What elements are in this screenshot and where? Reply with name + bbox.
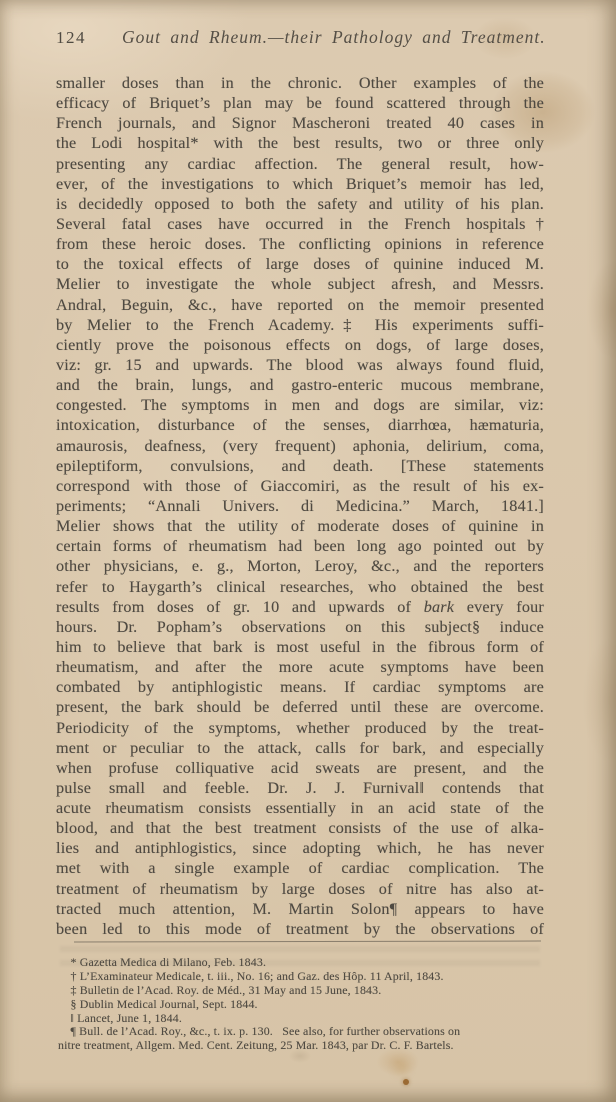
footnote-divider [74, 941, 541, 943]
body-text-line: certain forms of rheumatism had been lon… [56, 536, 544, 556]
body-text-line: rheumatism, and after the more acute sym… [56, 657, 544, 677]
footnote-line: ‡ Bulletin de l’Acad. Roy. de Méd., 31 M… [58, 984, 558, 998]
body-text-line: refer to Haygarth’s clinical researches,… [56, 577, 544, 597]
body-text-line: when profuse colliquative acid sweats ar… [56, 758, 544, 778]
footnote-line: * Gazetta Medica di Milano, Feb. 1843. [58, 956, 558, 970]
body-text-line: results from doses of gr. 10 and upwards… [56, 597, 544, 617]
body-text-line: tracted much attention, M. Martin Solon¶… [56, 899, 544, 919]
body-text-line: Melier to investigate the whole subject … [56, 274, 544, 294]
body-text-line: Andral, Beguin, &c., have reported on th… [56, 295, 544, 315]
footnote-line: nitre treatment, Allgem. Med. Cent. Zeit… [58, 1039, 558, 1053]
body-text-line: Several fatal cases have occurred in the… [56, 214, 544, 234]
body-text-line: periments; “Annali Univers. di Medicina.… [56, 496, 544, 516]
body-text-line: congested. The symptoms in men and dogs … [56, 395, 544, 415]
footnote-line: † L’Examinateur Medicale, t. iii., No. 1… [58, 970, 558, 984]
body-text-line: pulse small and feeble. Dr. J. J. Furniv… [56, 778, 544, 798]
body-text-line: intoxication, disturbance of the senses,… [56, 415, 544, 435]
body-text-line: is decidedly opposed to both the safety … [56, 194, 544, 214]
body-text-line: ment or peculiar to the attack, calls fo… [56, 738, 544, 758]
body-text-line: and the brain, lungs, and gastro-enteric… [56, 375, 544, 395]
body-text-line: amaurosis, deafness, (very frequent) aph… [56, 436, 544, 456]
body-text-line: viz: gr. 15 and upwards. The blood was a… [56, 355, 544, 375]
body-text-line: from these heroic doses. The conflicting… [56, 234, 544, 254]
body-text-line: ciently prove the poisonous effects on d… [56, 335, 544, 355]
body-text-line: epileptiform, convulsions, and death. [T… [56, 456, 544, 476]
body-text-line: the Lodi hospital* with the best results… [56, 133, 544, 153]
body-text-line: other physicians, e. g., Morton, Leroy, … [56, 556, 544, 576]
footnote-line: ‖ Lancet, June 1, 1844. [58, 1012, 558, 1026]
page-number: 124 [56, 28, 86, 47]
running-title: Gout and Rheum.—their Pathology and Trea… [122, 27, 546, 47]
body-text-line: French journals, and Signor Mascheroni t… [56, 113, 544, 133]
footnote-line: ¶ Bull. de l’Acad. Roy., &c., t. ix. p. … [58, 1025, 558, 1039]
body-text-line: combated by antiphlogistic means. If car… [56, 677, 544, 697]
footnotes: * Gazetta Medica di Milano, Feb. 1843. †… [58, 956, 558, 1053]
body-text-line: lies and antiphlogistics, since adopting… [56, 838, 544, 858]
body-text-line: met with a single example of cardiac com… [56, 858, 544, 878]
body-text-line: efficacy of Briquet’s plan may be found … [56, 93, 544, 113]
body-text-line: blood, and that the best treatment consi… [56, 818, 544, 838]
body-text-line: smaller doses than in the chronic. Other… [56, 73, 544, 93]
body-text-line: treatment of rheumatism by large doses o… [56, 879, 544, 899]
footnote-line: § Dublin Medical Journal, Sept. 1844. [58, 998, 558, 1012]
body-text-line: acute rheumatism consists essentially in… [56, 798, 544, 818]
scanned-page: 124Gout and Rheum.—their Pathology and T… [0, 0, 616, 1102]
body-text-line: him to believe that bark is most useful … [56, 637, 544, 657]
ink-spot [403, 1079, 409, 1085]
body-text-line: Periodicity of the symptoms, whether pro… [56, 718, 544, 738]
body-text-line: by Melier to the French Academy.‡ His ex… [56, 315, 544, 335]
body-text-line: hours. Dr. Popham’s observations on this… [56, 617, 544, 637]
body-text-line: correspond with those of Giaccomiri, as … [56, 476, 544, 496]
body-text-line: ever, of the investigations to which Bri… [56, 174, 544, 194]
page-header: 124Gout and Rheum.—their Pathology and T… [56, 27, 546, 48]
body-text-line: to the toxical effects of large doses of… [56, 254, 544, 274]
body-text: smaller doses than in the chronic. Other… [56, 73, 544, 939]
body-text-line: been led to this mode of treatment by th… [56, 919, 544, 939]
body-text-line: Melier shows that the utility of moderat… [56, 516, 544, 536]
body-text-line: present, the bark should be deferred unt… [56, 697, 544, 717]
body-text-line: presenting any cardiac affection. The ge… [56, 154, 544, 174]
